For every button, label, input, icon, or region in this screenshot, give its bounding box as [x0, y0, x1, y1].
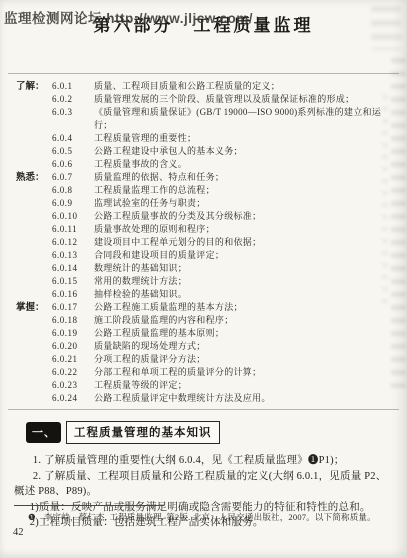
- objective-text: 监理试验室的任务与职责；: [94, 197, 395, 210]
- objective-row: 熟悉：6.0.7质量监理的依据、特点和任务；: [16, 171, 395, 184]
- objective-number: 6.0.5: [52, 145, 94, 158]
- objective-text: 公路工程施工质量监理的基本方法；: [94, 301, 395, 314]
- objective-number: 6.0.13: [52, 249, 94, 262]
- objective-row: 6.0.14数理统计的基础知识；: [16, 262, 395, 275]
- objective-group-label: [16, 366, 52, 379]
- objective-number: 6.0.1: [52, 80, 94, 93]
- objective-number: 6.0.22: [52, 366, 94, 379]
- objective-text: 质量、工程项目质量和公路工程质量的定义；: [94, 80, 395, 93]
- objective-number: 6.0.14: [52, 262, 94, 275]
- objective-text: 质量监理的依据、特点和任务；: [94, 171, 395, 184]
- objective-number: 6.0.3: [52, 106, 94, 132]
- objective-row: 6.0.9监理试验室的任务与职责；: [16, 197, 395, 210]
- paragraph: 1. 了解质量管理的重要性(大纲 6.0.4，见《工程质量监理》❶P1)；: [14, 453, 394, 469]
- objective-text: 工程质量管理的重要性；: [94, 132, 395, 145]
- objective-group-label: [16, 236, 52, 249]
- objective-group-label: [16, 158, 52, 171]
- objective-row: 6.0.16抽样检验的基础知识。: [16, 288, 395, 301]
- footnote-divider: [14, 505, 164, 506]
- objective-number: 6.0.6: [52, 158, 94, 171]
- objective-number: 6.0.9: [52, 197, 94, 210]
- objective-number: 6.0.21: [52, 353, 94, 366]
- objective-row: 6.0.18施工阶段质量监理的内容和程序；: [16, 314, 395, 327]
- objective-text: 公路工程质量事故的分类及其分级标准；: [94, 210, 395, 223]
- objective-number: 6.0.10: [52, 210, 94, 223]
- objective-group-label: 熟悉：: [16, 171, 52, 184]
- objective-text: 质量事故处理的原则和程序；: [94, 223, 395, 236]
- objective-text: 质量管理发展的三个阶段、质量管理以及质量保证标准的形成；: [94, 93, 395, 106]
- objective-row: 6.0.11质量事故处理的原则和程序；: [16, 223, 395, 236]
- objective-group-label: [16, 314, 52, 327]
- objective-number: 6.0.24: [52, 392, 94, 405]
- objective-group-label: [16, 93, 52, 106]
- section-heading: 一、 工程质量管理的基本知识: [26, 421, 407, 444]
- section-number-badge: 一、: [26, 422, 61, 443]
- objective-number: 6.0.11: [52, 223, 94, 236]
- footnote-text: 李宇峙，蔡仁杰. 工程质量监理. 第2版. 北京：人民交通出版社，2007。以下…: [44, 512, 376, 522]
- paragraph: 2. 了解质量、工程项目质量和公路工程质量的定义(大纲 6.0.1，见质量 P2…: [14, 469, 394, 500]
- objective-group-label: [16, 379, 52, 392]
- objective-number: 6.0.12: [52, 236, 94, 249]
- objective-text: 《质量管理和质量保证》(GB/T 19000—ISO 9000)系列标准的建立和…: [94, 106, 395, 132]
- objective-text: 抽样检验的基础知识。: [94, 288, 395, 301]
- objective-row: 掌握：6.0.17公路工程施工质量监理的基本方法；: [16, 301, 395, 314]
- objective-number: 6.0.15: [52, 275, 94, 288]
- objective-number: 6.0.20: [52, 340, 94, 353]
- objective-row: 6.0.24公路工程质量评定中数理统计方法及应用。: [16, 392, 395, 405]
- objective-row: 了解：6.0.1质量、工程项目质量和公路工程质量的定义；: [16, 80, 395, 93]
- objective-group-label: [16, 327, 52, 340]
- objective-text: 数理统计的基础知识；: [94, 262, 395, 275]
- objective-group-label: [16, 392, 52, 405]
- objective-text: 工程质量事故的含义。: [94, 158, 395, 171]
- objective-text: 分项工程的质量评分方法；: [94, 353, 395, 366]
- footnote-marker: ❶: [28, 512, 36, 522]
- objective-text: 公路工程质量评定中数理统计方法及应用。: [94, 392, 395, 405]
- objective-group-label: [16, 275, 52, 288]
- objective-row: 6.0.13合同段和建设项目的质量评定；: [16, 249, 395, 262]
- objective-group-label: [16, 210, 52, 223]
- objective-group-label: [16, 262, 52, 275]
- objective-row: 6.0.2质量管理发展的三个阶段、质量管理以及质量保证标准的形成；: [16, 93, 395, 106]
- objective-number: 6.0.2: [52, 93, 94, 106]
- objective-row: 6.0.21分项工程的质量评分方法；: [16, 353, 395, 366]
- objective-number: 6.0.18: [52, 314, 94, 327]
- objective-text: 常用的数理统计方法；: [94, 275, 395, 288]
- objective-group-label: [16, 353, 52, 366]
- objective-text: 公路工程建设中承包人的基本义务；: [94, 145, 395, 158]
- objective-group-label: 了解：: [16, 80, 52, 93]
- objective-number: 6.0.16: [52, 288, 94, 301]
- footnote-block: ❶李宇峙，蔡仁杰. 工程质量监理. 第2版. 北京：人民交通出版社，2007。以…: [14, 505, 393, 523]
- objective-number: 6.0.19: [52, 327, 94, 340]
- objective-number: 6.0.23: [52, 379, 94, 392]
- objective-number: 6.0.7: [52, 171, 94, 184]
- objective-text: 合同段和建设项目的质量评定；: [94, 249, 395, 262]
- objective-text: 工程质量监理工作的总流程；: [94, 184, 395, 197]
- objective-group-label: [16, 132, 52, 145]
- objective-number: 6.0.17: [52, 301, 94, 314]
- objective-number: 6.0.8: [52, 184, 94, 197]
- footnote: ❶李宇峙，蔡仁杰. 工程质量监理. 第2版. 北京：人民交通出版社，2007。以…: [28, 511, 393, 523]
- objective-row: 6.0.15常用的数理统计方法；: [16, 275, 395, 288]
- objective-text: 建设项目中工程单元划分的目的和依据；: [94, 236, 395, 249]
- objective-row: 6.0.6工程质量事故的含义。: [16, 158, 395, 171]
- objective-row: 6.0.12建设项目中工程单元划分的目的和依据；: [16, 236, 395, 249]
- objective-text: 质量缺陷的现场处理方式；: [94, 340, 395, 353]
- objective-text: 施工阶段质量监理的内容和程序；: [94, 314, 395, 327]
- objective-group-label: [16, 249, 52, 262]
- objective-text: 分部工程和单项工程的质量评分的计算；: [94, 366, 395, 379]
- page-number: 42: [13, 527, 24, 538]
- objective-group-label: [16, 106, 52, 132]
- objective-row: 6.0.10公路工程质量事故的分类及其分级标准；: [16, 210, 395, 223]
- learning-objectives-box: 了解：6.0.1质量、工程项目质量和公路工程质量的定义；6.0.2质量管理发展的…: [8, 73, 399, 410]
- objective-text: 工程质量等级的评定；: [94, 379, 395, 392]
- forum-watermark: 监理检测网论坛 http://www.jljcw.com/: [4, 7, 253, 27]
- objectives-list: 了解：6.0.1质量、工程项目质量和公路工程质量的定义；6.0.2质量管理发展的…: [16, 80, 395, 405]
- section-title: 工程质量管理的基本知识: [66, 421, 220, 444]
- objective-group-label: 掌握：: [16, 301, 52, 314]
- objective-row: 6.0.20质量缺陷的现场处理方式；: [16, 340, 395, 353]
- objective-text: 公路工程质量监理的基本原则；: [94, 327, 395, 340]
- scanned-book-page: 监理检测网论坛 http://www.jljcw.com/ 第六部分 工程质量监…: [0, 0, 407, 558]
- objective-group-label: [16, 184, 52, 197]
- objective-row: 6.0.23工程质量等级的评定；: [16, 379, 395, 392]
- objective-row: 6.0.5公路工程建设中承包人的基本义务；: [16, 145, 395, 158]
- objective-group-label: [16, 340, 52, 353]
- objective-group-label: [16, 288, 52, 301]
- objective-row: 6.0.19公路工程质量监理的基本原则；: [16, 327, 395, 340]
- objective-number: 6.0.4: [52, 132, 94, 145]
- objective-row: 6.0.3《质量管理和质量保证》(GB/T 19000—ISO 9000)系列标…: [16, 106, 395, 132]
- objective-group-label: [16, 197, 52, 210]
- objective-row: 6.0.22分部工程和单项工程的质量评分的计算；: [16, 366, 395, 379]
- objective-row: 6.0.4工程质量管理的重要性；: [16, 132, 395, 145]
- objective-row: 6.0.8工程质量监理工作的总流程；: [16, 184, 395, 197]
- objective-group-label: [16, 145, 52, 158]
- objective-group-label: [16, 223, 52, 236]
